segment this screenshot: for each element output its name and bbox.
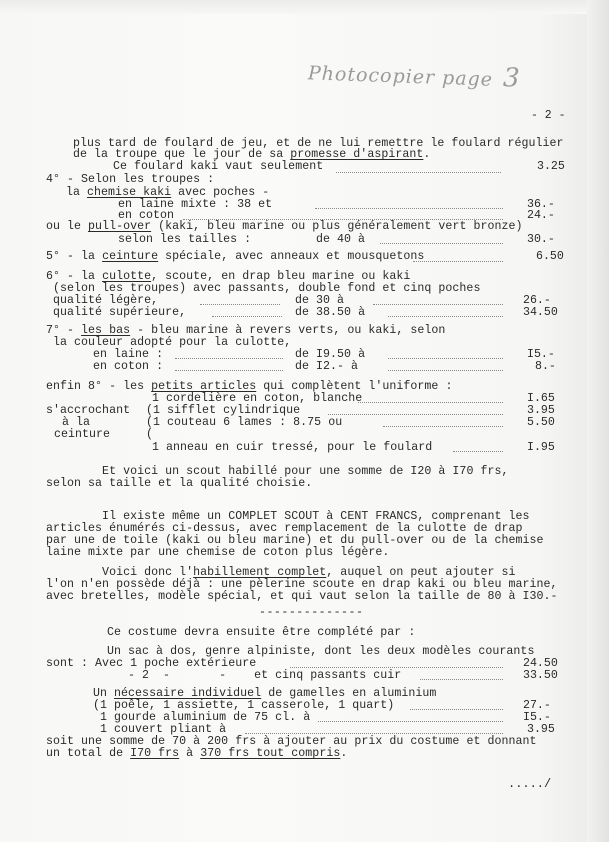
leader-dots bbox=[318, 721, 503, 722]
leader-dots bbox=[373, 304, 503, 305]
bas-coton-price: 8.- bbox=[535, 360, 556, 373]
leader-dots bbox=[212, 316, 282, 317]
foulard-price: 3.25 bbox=[537, 160, 565, 173]
page-number: - 2 - bbox=[531, 109, 566, 122]
side-label-3: ceinture bbox=[54, 428, 110, 441]
pullover-tailles: selon les tailles : bbox=[118, 233, 251, 246]
leader-dots bbox=[380, 243, 503, 244]
leader-dots bbox=[175, 358, 283, 359]
leader-dots bbox=[200, 304, 280, 305]
paragraph-1-line: selon sa taille et la qualité choisie. bbox=[46, 477, 312, 490]
chemise-coton-price: 24.- bbox=[527, 209, 555, 222]
petit-article-price: 5.50 bbox=[527, 416, 555, 429]
pullover-price: 30.- bbox=[527, 233, 555, 246]
culotte-sup-price: 34.50 bbox=[523, 306, 558, 319]
section-5-line: 5° - la ceinture spéciale, avec anneaux … bbox=[46, 250, 424, 263]
foulard-label: Ce foulard kaki vaut seulement bbox=[113, 160, 323, 173]
section-4-heading: 4° - Selon les troupes : bbox=[46, 173, 214, 186]
pullover-from: de 40 à bbox=[316, 233, 365, 246]
petit-article: 1 anneau en cuir tressé, pour le foulard bbox=[152, 441, 432, 454]
leader-dots bbox=[420, 679, 503, 680]
leader-dots bbox=[453, 451, 503, 452]
scan-edge-right bbox=[587, 0, 609, 842]
total-line-2: un total de I70 frs à 370 frs tout compr… bbox=[46, 747, 347, 760]
handwritten-annotation: Photocopier page3 bbox=[308, 56, 522, 93]
paragraph-3-line: avec bretelles, modèle spécial, et qui v… bbox=[46, 590, 558, 603]
leader-dots bbox=[388, 316, 503, 317]
leader-dots bbox=[410, 709, 503, 710]
culotte-sup-from: de 38.50 à bbox=[295, 306, 365, 319]
complement-intro: Ce costume devra ensuite être complété p… bbox=[107, 626, 415, 639]
ceinture-price: 6.50 bbox=[536, 250, 564, 263]
bas-coton-from: de I2.- à bbox=[295, 360, 358, 373]
document-page: Photocopier page3 - 2 - plus tard de fou… bbox=[0, 0, 609, 842]
leader-dots bbox=[336, 172, 501, 173]
petit-article: ( bbox=[146, 428, 153, 441]
bas-line-2: la couleur adopté pour la culotte, bbox=[53, 336, 291, 349]
bas-coton: en coton : bbox=[93, 360, 163, 373]
section-separator: -------------- bbox=[259, 606, 363, 619]
continuation-mark: ...../ bbox=[508, 777, 551, 791]
pullover-line: ou le pull-over (kaki, bleu marine ou pl… bbox=[46, 220, 523, 233]
leader-dots bbox=[413, 261, 503, 262]
sac-price-2: 33.50 bbox=[523, 669, 558, 682]
leader-dots bbox=[245, 733, 503, 734]
culotte-sup: qualité supérieure, bbox=[53, 306, 186, 319]
leader-dots bbox=[175, 370, 283, 371]
petit-article: (1 couteau 6 lames : 8.75 ou bbox=[146, 416, 342, 429]
leader-dots bbox=[290, 667, 503, 668]
leader-dots bbox=[315, 208, 503, 209]
leader-dots bbox=[358, 402, 503, 403]
sac-line-3: - 2 - - et cinq passants cuir bbox=[114, 669, 401, 682]
petit-article-price: I.95 bbox=[527, 441, 555, 454]
leader-dots bbox=[388, 358, 503, 359]
scan-edge-top bbox=[0, 0, 609, 14]
paragraph-2-line: laine mixte par une chemise de coton plu… bbox=[46, 546, 389, 559]
leader-dots bbox=[383, 426, 503, 427]
leader-dots bbox=[328, 414, 503, 415]
leader-dots bbox=[388, 370, 503, 371]
